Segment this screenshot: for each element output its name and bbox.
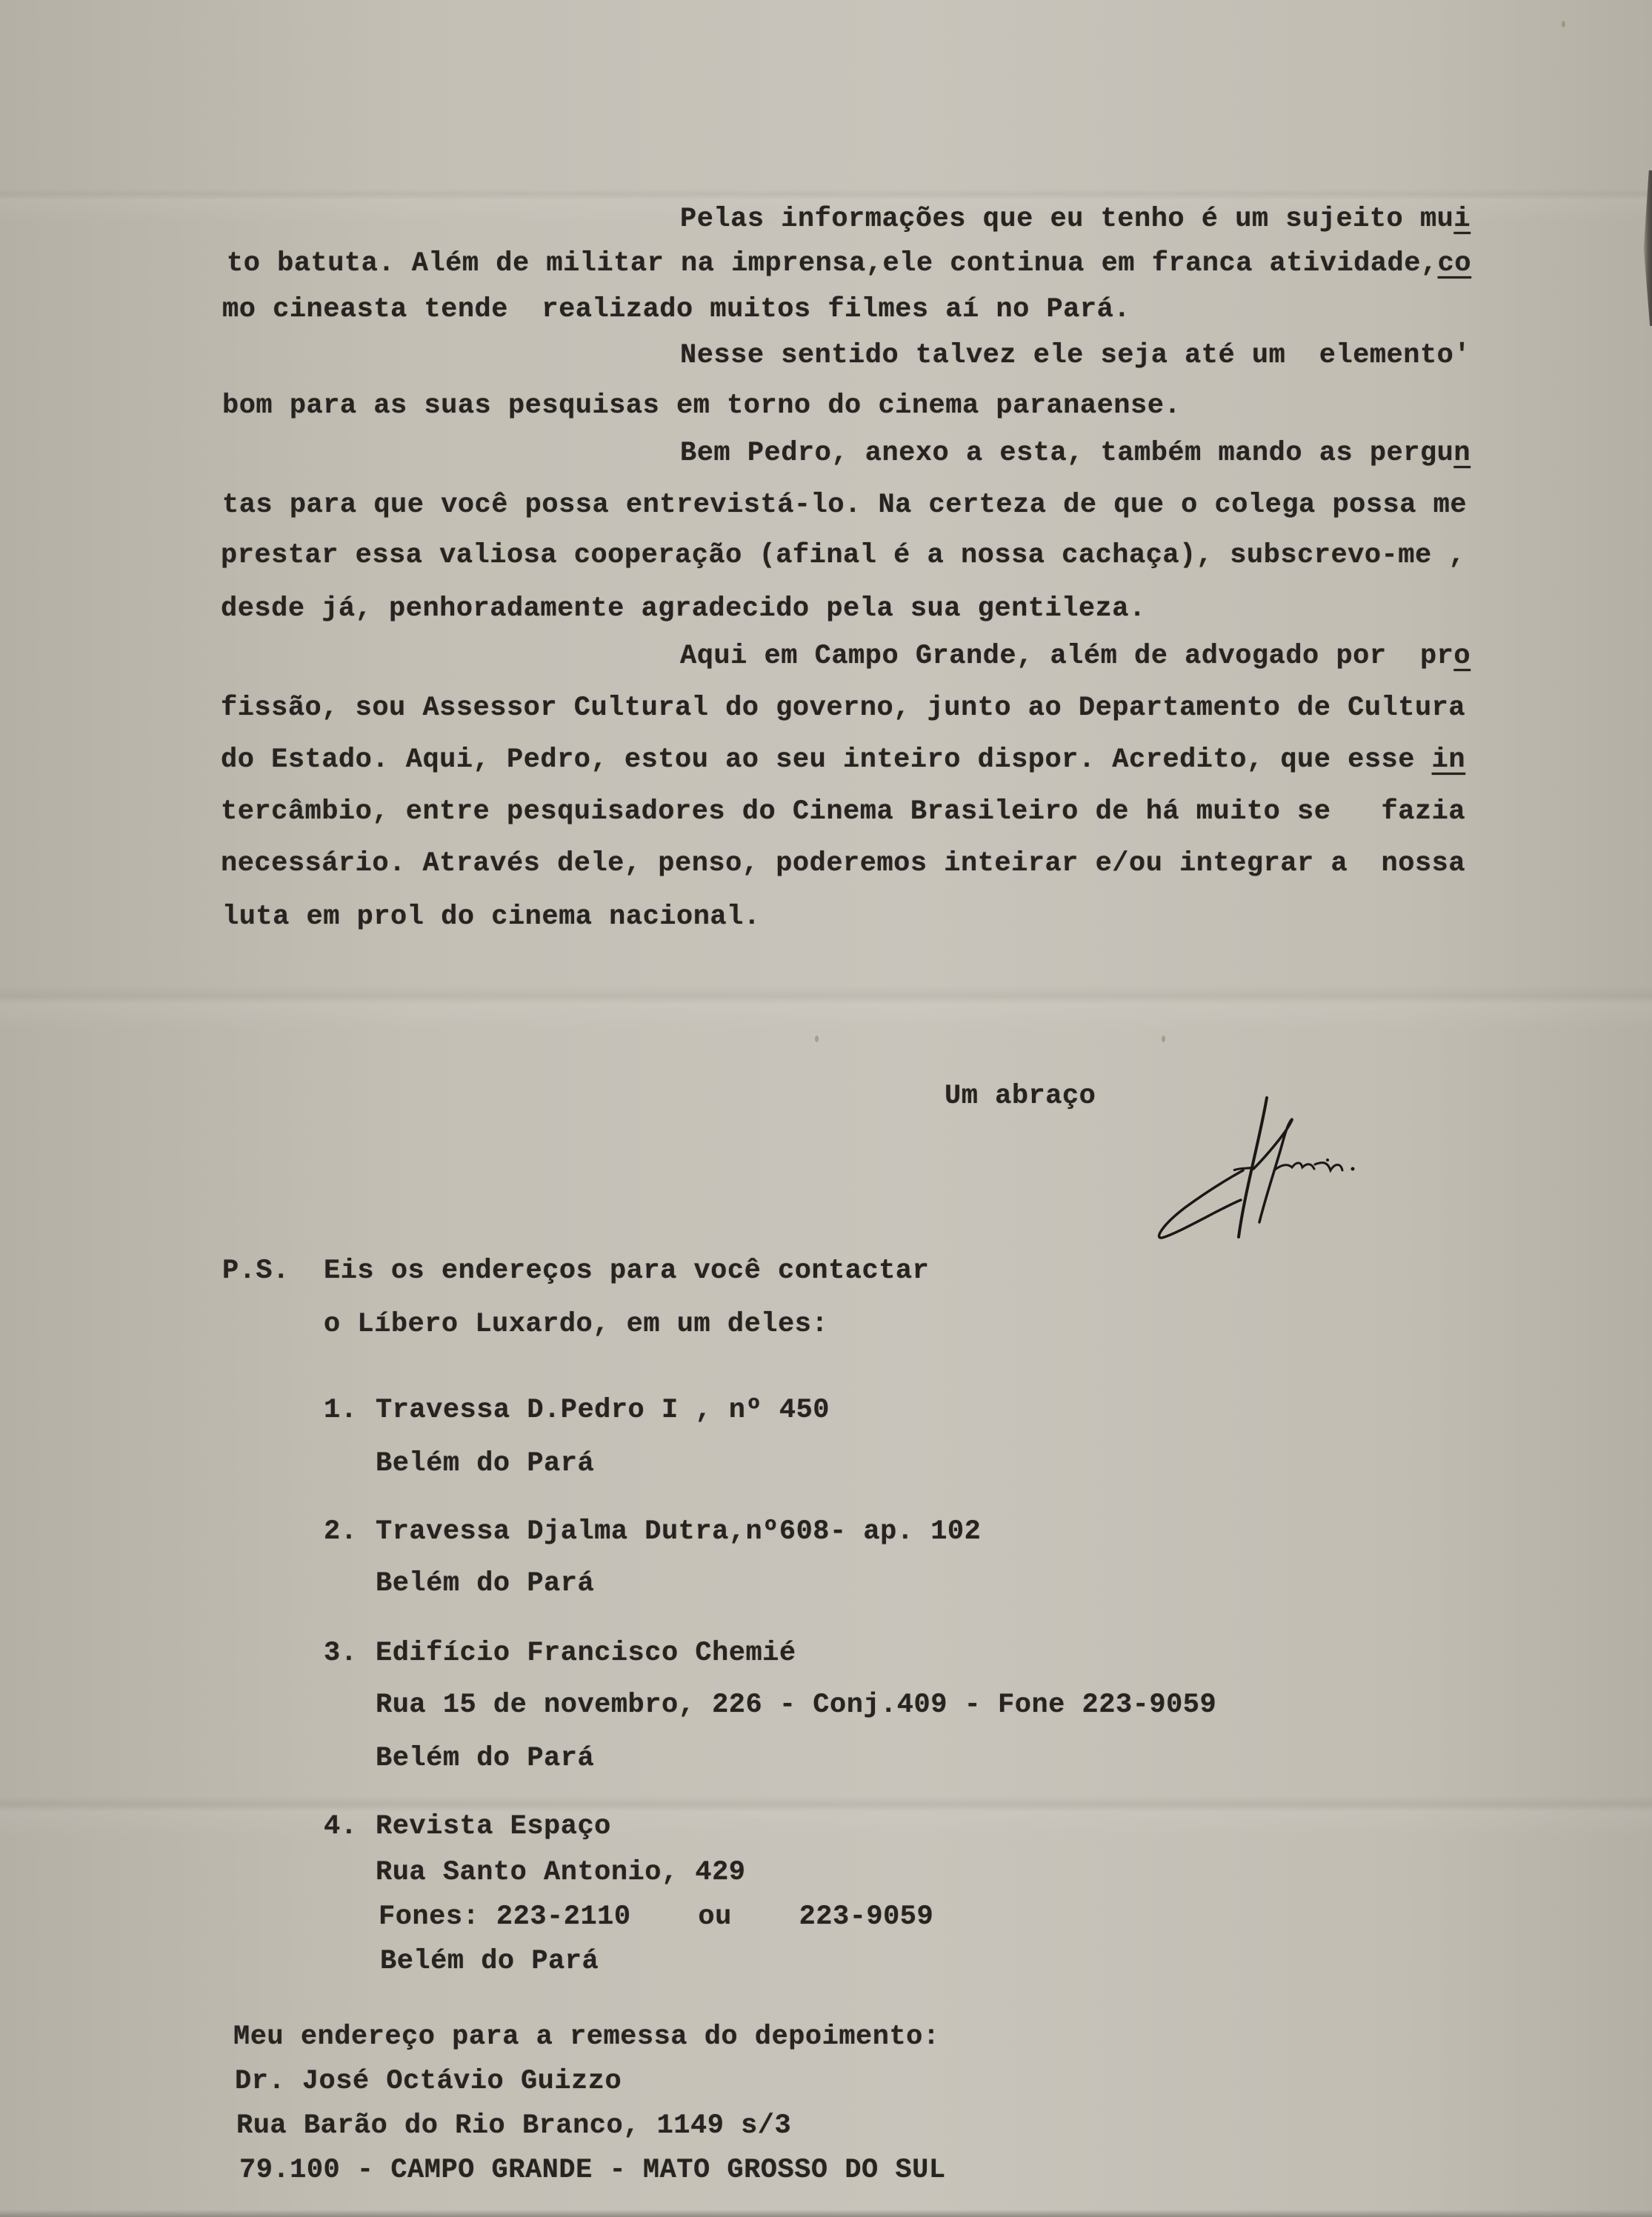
address-line: Belém do Pará [376, 1569, 594, 1598]
address-line: Rua 15 de novembro, 226 - Conj.409 - Fon… [376, 1690, 1216, 1720]
letter-paper [0, 0, 1652, 2217]
address-line: Travessa D.Pedro I , nº 450 [376, 1396, 830, 1425]
body-line: desde já, penhoradamente agradecido pela… [221, 594, 1146, 624]
paper-stain [1162, 1036, 1165, 1042]
body-line: Bem Pedro, anexo a esta, também mando as… [680, 439, 1471, 468]
body-line: Nesse sentido talvez ele seja até um ele… [680, 341, 1471, 370]
body-line: to batuta. Além de militar na imprensa,e… [227, 249, 1471, 279]
body-line: bom para as suas pesquisas em torno do c… [222, 391, 1181, 421]
address-number: 3. [324, 1638, 357, 1668]
body-line: necessário. Através dele, penso, poderem… [221, 849, 1465, 879]
body-line: prestar essa valiosa cooperação (afinal … [221, 541, 1465, 570]
body-line: Pelas informações que eu tenho é um suje… [680, 204, 1471, 234]
body-line: mo cineasta tende realizado muitos filme… [222, 295, 1130, 324]
closing-text: Um abraço [945, 1081, 1096, 1111]
body-line: do Estado. Aqui, Pedro, estou ao seu int… [221, 745, 1465, 775]
body-line: Aqui em Campo Grande, além de advogado p… [680, 641, 1471, 671]
address-number: 2. [324, 1517, 357, 1547]
body-line: tercâmbio, entre pesquisadores do Cinema… [221, 797, 1465, 827]
ps-label: P.S. [222, 1256, 290, 1286]
paper-stain [1562, 21, 1565, 27]
address-line: Revista Espaço [376, 1812, 611, 1841]
address-line: Belém do Pará [376, 1744, 594, 1773]
signature-icon [1156, 1096, 1393, 1244]
sender-name: Dr. José Octávio Guizzo [235, 2067, 622, 2096]
address-line: Belém do Pará [376, 1449, 594, 1478]
address-line: Edifício Francisco Chemié [376, 1638, 796, 1668]
body-line: luta em prol do cinema nacional. [222, 902, 761, 932]
paper-bottom-edge [0, 2210, 1652, 2217]
address-line: Belém do Pará [380, 1947, 599, 1976]
sender-heading: Meu endereço para a remessa do depoiment… [233, 2022, 940, 2052]
body-line: tas para que você possa entrevistá-lo. N… [222, 490, 1467, 520]
body-line: fissão, sou Assessor Cultural do governo… [221, 693, 1465, 723]
address-number: 4. [324, 1812, 357, 1841]
address-number: 1. [324, 1396, 357, 1425]
ps-line: Eis os endereços para você contactar [324, 1256, 929, 1286]
address-line: Rua Santo Antonio, 429 [376, 1858, 745, 1887]
paper-stain [815, 1036, 819, 1042]
address-line: Fones: 223-2110 ou 223-9059 [379, 1902, 933, 1932]
address-line: Travessa Djalma Dutra,nº608- ap. 102 [376, 1517, 981, 1547]
sender-street: Rua Barão do Rio Branco, 1149 s/3 [236, 2111, 791, 2141]
sender-city: 79.100 - CAMPO GRANDE - MATO GROSSO DO S… [239, 2156, 946, 2185]
ps-line: o Líbero Luxardo, em um deles: [324, 1310, 828, 1339]
